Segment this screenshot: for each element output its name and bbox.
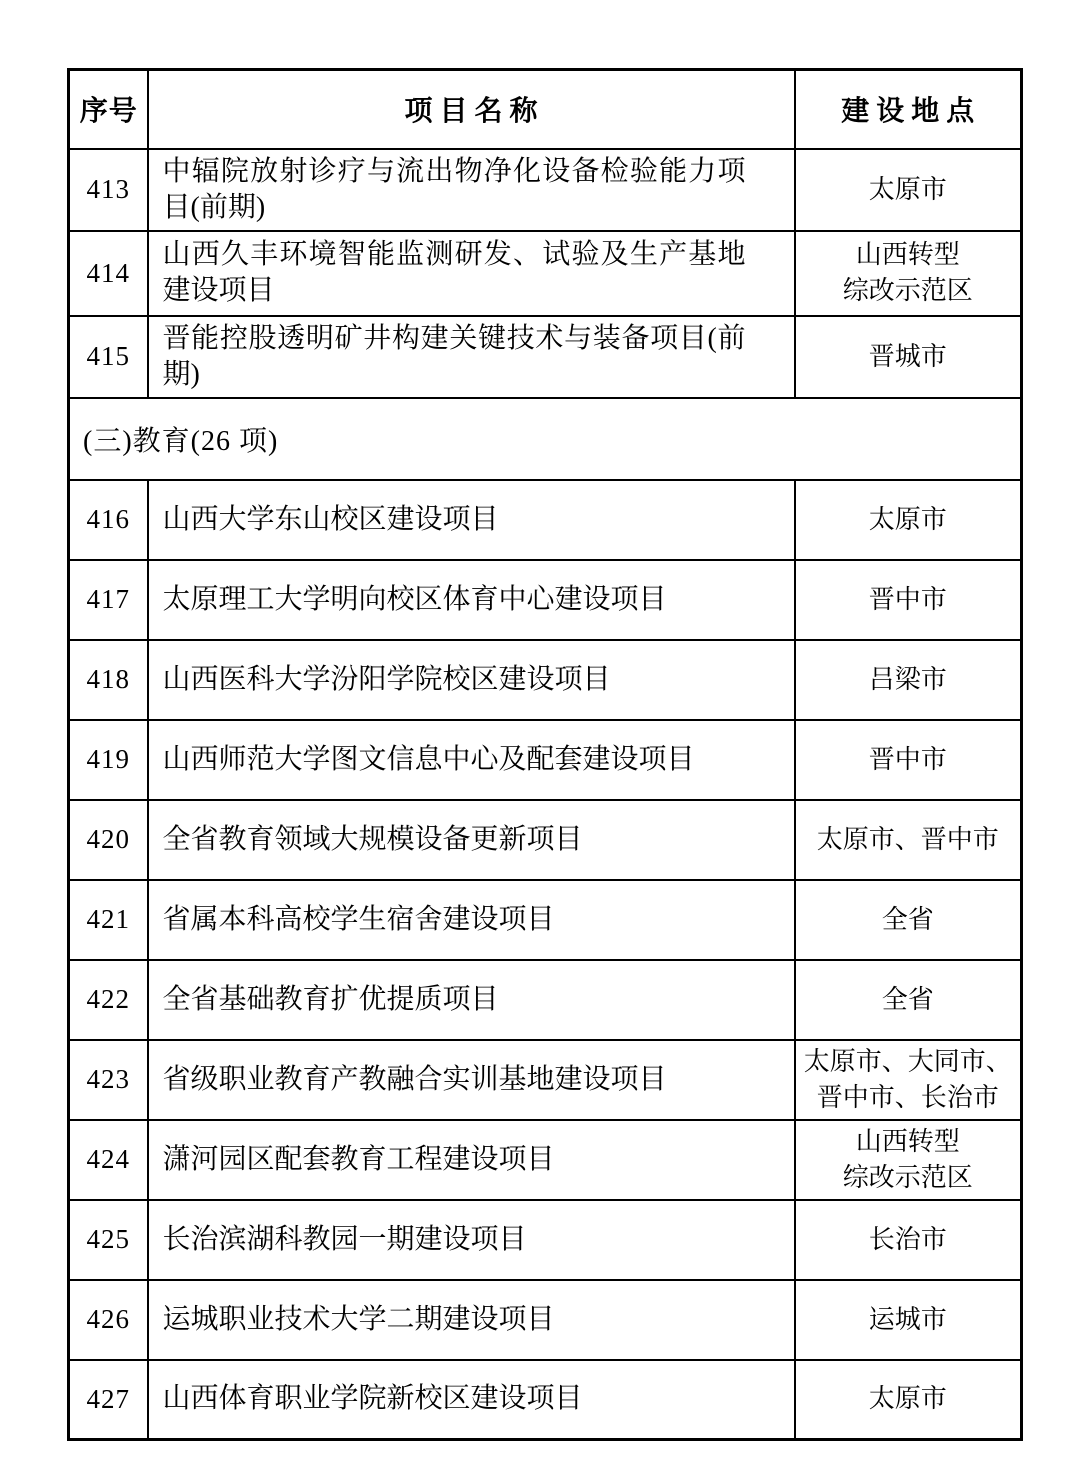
row-location: 长治市	[795, 1200, 1022, 1280]
row-project-name: 山西医科大学汾阳学院校区建设项目	[148, 640, 795, 720]
row-project-name: 运城职业技术大学二期建设项目	[148, 1280, 795, 1360]
table-row: 416 山西大学东山校区建设项目 太原市	[69, 480, 1022, 560]
row-location: 吕梁市	[795, 640, 1022, 720]
row-project-name: 长治滨湖科教园一期建设项目	[148, 1200, 795, 1280]
row-project-name: 全省教育领域大规模设备更新项目	[148, 800, 795, 880]
row-no: 422	[69, 960, 148, 1040]
table-row: 419 山西师范大学图文信息中心及配套建设项目 晋中市	[69, 720, 1022, 800]
row-no: 423	[69, 1040, 148, 1120]
row-project-name: 潇河园区配套教育工程建设项目	[148, 1120, 795, 1200]
row-project-name: 中辐院放射诊疗与流出物净化设备检验能力项目(前期)	[148, 149, 795, 231]
row-project-name: 山西体育职业学院新校区建设项目	[148, 1360, 795, 1440]
row-project-name: 山西久丰环境智能监测研发、试验及生产基地建设项目	[148, 231, 795, 316]
row-location: 全省	[795, 880, 1022, 960]
table-row: 421 省属本科高校学生宿舍建设项目 全省	[69, 880, 1022, 960]
row-project-name: 山西大学东山校区建设项目	[148, 480, 795, 560]
table-row: 414 山西久丰环境智能监测研发、试验及生产基地建设项目 山西转型 综改示范区	[69, 231, 1022, 316]
row-no: 425	[69, 1200, 148, 1280]
row-location: 全省	[795, 960, 1022, 1040]
row-location: 太原市、晋中市	[795, 800, 1022, 880]
table-row: 418 山西医科大学汾阳学院校区建设项目 吕梁市	[69, 640, 1022, 720]
table-row: 427 山西体育职业学院新校区建设项目 太原市	[69, 1360, 1022, 1440]
header-project-name: 项目名称	[148, 70, 795, 149]
table-row: 420 全省教育领域大规模设备更新项目 太原市、晋中市	[69, 800, 1022, 880]
row-project-name: 全省基础教育扩优提质项目	[148, 960, 795, 1040]
row-no: 427	[69, 1360, 148, 1440]
table-row: 417 太原理工大学明向校区体育中心建设项目 晋中市	[69, 560, 1022, 640]
table-row: 415 晋能控股透明矿井构建关键技术与装备项目(前期) 晋城市	[69, 316, 1022, 398]
row-location: 太原市	[795, 480, 1022, 560]
row-no: 421	[69, 880, 148, 960]
table-header-row: 序号 项目名称 建设地点	[69, 70, 1022, 149]
section-heading: (三)教育(26 项)	[69, 398, 1022, 480]
row-location: 太原市	[795, 1360, 1022, 1440]
table-row: 424 潇河园区配套教育工程建设项目 山西转型 综改示范区	[69, 1120, 1022, 1200]
row-project-name: 太原理工大学明向校区体育中心建设项目	[148, 560, 795, 640]
row-no: 417	[69, 560, 148, 640]
table-row: 425 长治滨湖科教园一期建设项目 长治市	[69, 1200, 1022, 1280]
row-project-name: 晋能控股透明矿井构建关键技术与装备项目(前期)	[148, 316, 795, 398]
project-table: 序号 项目名称 建设地点 413 中辐院放射诊疗与流出物净化设备检验能力项目(前…	[67, 68, 1023, 1441]
row-no: 414	[69, 231, 148, 316]
row-location: 太原市	[795, 149, 1022, 231]
row-location: 山西转型 综改示范区	[795, 1120, 1022, 1200]
row-location: 晋城市	[795, 316, 1022, 398]
row-location: 运城市	[795, 1280, 1022, 1360]
row-location: 晋中市	[795, 720, 1022, 800]
document-page: 序号 项目名称 建设地点 413 中辐院放射诊疗与流出物净化设备检验能力项目(前…	[0, 0, 1080, 1479]
row-no: 420	[69, 800, 148, 880]
row-project-name: 省属本科高校学生宿舍建设项目	[148, 880, 795, 960]
section-heading-row: (三)教育(26 项)	[69, 398, 1022, 480]
row-no: 419	[69, 720, 148, 800]
row-no: 424	[69, 1120, 148, 1200]
table-row: 413 中辐院放射诊疗与流出物净化设备检验能力项目(前期) 太原市	[69, 149, 1022, 231]
table-row: 423 省级职业教育产教融合实训基地建设项目 太原市、大同市、 晋中市、长治市	[69, 1040, 1022, 1120]
row-no: 413	[69, 149, 148, 231]
row-location: 太原市、大同市、 晋中市、长治市	[795, 1040, 1022, 1120]
row-project-name: 山西师范大学图文信息中心及配套建设项目	[148, 720, 795, 800]
row-no: 415	[69, 316, 148, 398]
row-location: 晋中市	[795, 560, 1022, 640]
row-no: 426	[69, 1280, 148, 1360]
table-row: 422 全省基础教育扩优提质项目 全省	[69, 960, 1022, 1040]
table-row: 426 运城职业技术大学二期建设项目 运城市	[69, 1280, 1022, 1360]
header-location: 建设地点	[795, 70, 1022, 149]
row-no: 416	[69, 480, 148, 560]
header-no: 序号	[69, 70, 148, 149]
row-location: 山西转型 综改示范区	[795, 231, 1022, 316]
row-no: 418	[69, 640, 148, 720]
row-project-name: 省级职业教育产教融合实训基地建设项目	[148, 1040, 795, 1120]
